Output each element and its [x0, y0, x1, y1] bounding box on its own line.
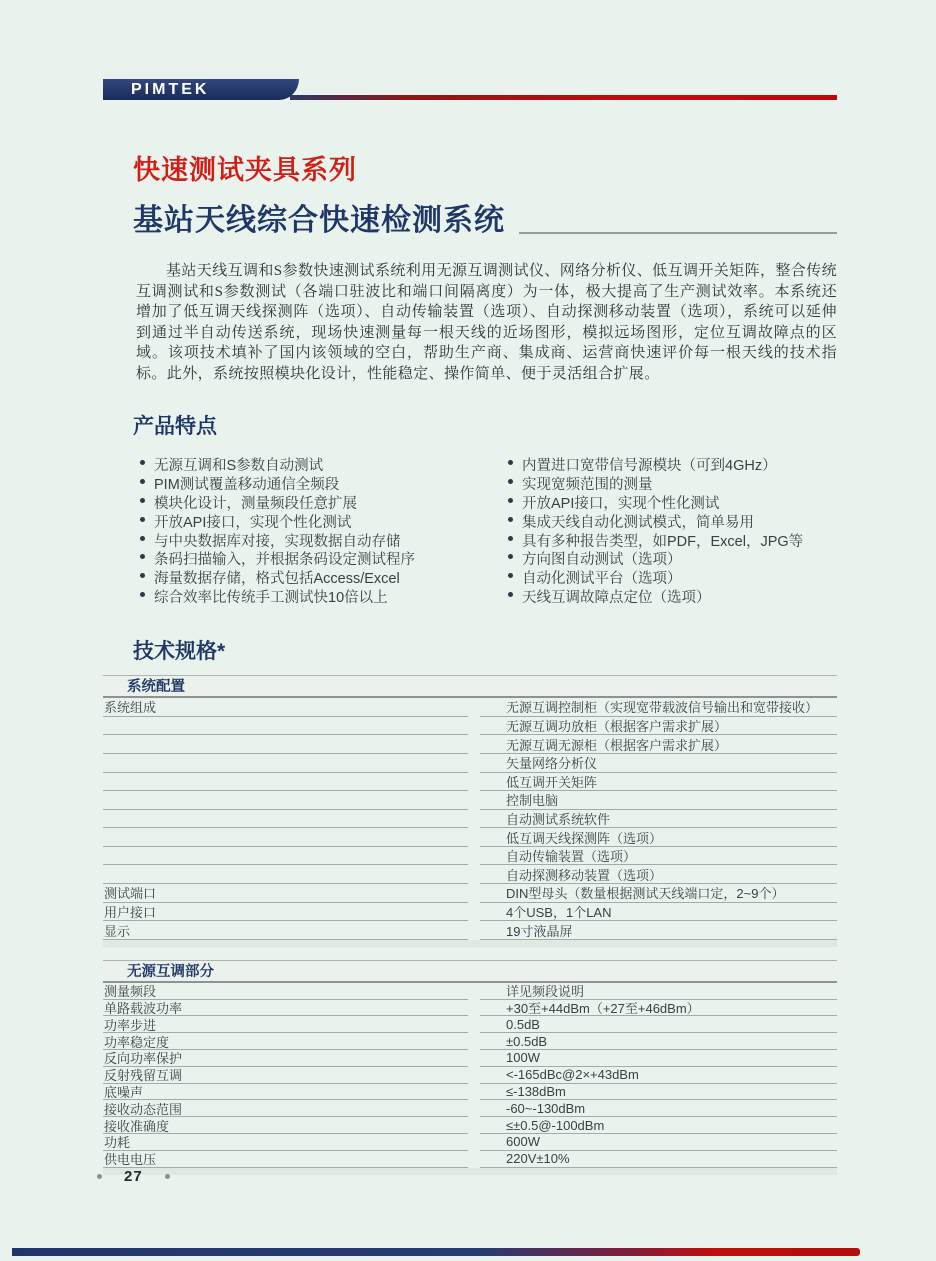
bullet-icon: [140, 460, 145, 465]
spec-label: 功耗: [103, 1134, 468, 1151]
spec-value: <-165dBc@2×+43dBm: [480, 1067, 837, 1084]
column-gap: [468, 1134, 480, 1151]
spec-label: 供电电压: [103, 1151, 468, 1168]
column-gap: [468, 717, 480, 736]
table-row: 低互调开关矩阵: [103, 773, 837, 792]
table-footer-strip: [103, 940, 837, 947]
spec-value: 低互调天线探测阵（选项）: [480, 828, 837, 847]
feature-text: 内置进口宽带信号源模块（可到4GHz）: [522, 454, 777, 475]
features-heading: 产品特点: [133, 410, 837, 440]
spec-value: 自动测试系统软件: [480, 810, 837, 829]
table-row: 无源互调无源柜（根据客户需求扩展）: [103, 735, 837, 754]
spec-value: 4个USB，1个LAN: [480, 903, 837, 922]
spec-label: [103, 735, 468, 754]
bullet-icon: [508, 592, 513, 597]
table-row: 功率稳定度±0.5dB: [103, 1033, 837, 1050]
spec-label: 反射残留互调: [103, 1067, 468, 1084]
column-gap: [468, 1067, 480, 1084]
bullet-icon: [140, 573, 145, 578]
table-row: 无源互调功放柜（根据客户需求扩展）: [103, 717, 837, 736]
spec-value: 0.5dB: [480, 1016, 837, 1033]
features-list-left: 无源互调和S参数自动测试PIM测试覆盖移动通信全频段模块化设计，测量频段任意扩展…: [140, 454, 508, 605]
bullet-icon: [140, 554, 145, 559]
spec-label: [103, 847, 468, 866]
spec-label: 接收准确度: [103, 1117, 468, 1134]
bullet-icon: [140, 517, 145, 522]
column-gap: [468, 1016, 480, 1033]
spec-value: 自动探测移动装置（选项）: [480, 865, 837, 884]
features-columns: 无源互调和S参数自动测试PIM测试覆盖移动通信全频段模块化设计，测量频段任意扩展…: [140, 454, 837, 605]
column-gap: [468, 1050, 480, 1067]
column-gap: [468, 1117, 480, 1134]
column-gap: [468, 735, 480, 754]
spec-section-band: 无源互调部分: [103, 960, 837, 983]
feature-item: 开放API接口，实现个性化测试: [508, 492, 837, 511]
spec-rows: 测量频段详见频段说明单路载波功率+30至+44dBm（+27至+46dBm）功率…: [103, 983, 837, 1168]
table-row: 显示19寸液晶屏: [103, 921, 837, 940]
datasheet-page: PIMTEK 快速测试夹具系列 基站天线综合快速检测系统 基站天线互调和S参数快…: [0, 0, 936, 1261]
feature-item: 与中央数据库对接，实现数据自动存储: [140, 530, 508, 549]
feature-text: 条码扫描输入，并根据条码设定测试程序: [154, 548, 415, 569]
column-gap: [468, 983, 480, 1000]
bullet-icon: [140, 479, 145, 484]
spec-value: ≤±0.5@-100dBm: [480, 1117, 837, 1134]
feature-text: 天线互调故障点定位（选项）: [522, 586, 711, 607]
feature-item: 具有多种报告类型，如PDF，Excel，JPG等: [508, 530, 837, 549]
column-gap: [468, 754, 480, 773]
spec-label: [103, 865, 468, 884]
title-underline: [519, 232, 837, 234]
page-number-dot-left: [97, 1174, 102, 1179]
column-gap: [468, 884, 480, 903]
table-row: 低互调天线探测阵（选项）: [103, 828, 837, 847]
feature-text: 开放API接口，实现个性化测试: [522, 492, 719, 513]
column-gap: [468, 865, 480, 884]
column-gap: [468, 1100, 480, 1117]
spec-value: +30至+44dBm（+27至+46dBm）: [480, 1000, 837, 1017]
page-content: 快速测试夹具系列 基站天线综合快速检测系统 基站天线互调和S参数快速测试系统利用…: [103, 0, 837, 1175]
bullet-icon: [140, 498, 145, 503]
table-row: 接收动态范围-60~-130dBm: [103, 1100, 837, 1117]
feature-item: 内置进口宽带信号源模块（可到4GHz）: [508, 454, 837, 473]
spec-value: ≤-138dBm: [480, 1084, 837, 1101]
feature-text: 无源互调和S参数自动测试: [154, 454, 323, 475]
spec-label: [103, 810, 468, 829]
spec-label: [103, 828, 468, 847]
spec-value: 100W: [480, 1050, 837, 1067]
column-gap: [468, 773, 480, 792]
feature-item: 自动化测试平台（选项）: [508, 567, 837, 586]
spec-value: 无源互调控制柜（实现宽带载波信号输出和宽带接收）: [480, 698, 837, 717]
spec-table-pim-section: 无源互调部分 测量频段详见频段说明单路载波功率+30至+44dBm（+27至+4…: [103, 960, 837, 1175]
feature-item: 开放API接口，实现个性化测试: [140, 511, 508, 530]
column-gap: [468, 1033, 480, 1050]
feature-text: 具有多种报告类型，如PDF，Excel，JPG等: [522, 530, 803, 551]
feature-text: 与中央数据库对接，实现数据自动存储: [154, 530, 401, 551]
table-row: 底噪声≤-138dBm: [103, 1084, 837, 1101]
table-row: 系统组成无源互调控制柜（实现宽带载波信号输出和宽带接收）: [103, 698, 837, 717]
column-gap: [468, 791, 480, 810]
bullet-icon: [140, 536, 145, 541]
intro-paragraph: 基站天线互调和S参数快速测试系统利用无源互调测试仪、网络分析仪、低互调开关矩阵，…: [136, 261, 837, 384]
column-gap: [468, 1151, 480, 1168]
spec-label: 显示: [103, 921, 468, 940]
feature-item: PIM测试覆盖移动通信全频段: [140, 473, 508, 492]
feature-item: 条码扫描输入，并根据条码设定测试程序: [140, 548, 508, 567]
column-gap: [468, 1000, 480, 1017]
column-gap: [468, 828, 480, 847]
spec-value: 19寸液晶屏: [480, 921, 837, 940]
column-gap: [468, 810, 480, 829]
feature-text: 模块化设计，测量频段任意扩展: [154, 492, 357, 513]
spec-label: [103, 717, 468, 736]
column-gap: [468, 903, 480, 922]
table-row: 接收准确度≤±0.5@-100dBm: [103, 1117, 837, 1134]
spec-value: 无源互调无源柜（根据客户需求扩展）: [480, 735, 837, 754]
feature-text: 实现宽频范围的测量: [522, 473, 653, 494]
bullet-icon: [508, 554, 513, 559]
spec-label: 用户接口: [103, 903, 468, 922]
spec-value: 自动传输装置（选项）: [480, 847, 837, 866]
spec-value: DIN型母头（数量根据测试天线端口定，2~9个）: [480, 884, 837, 903]
spec-label: [103, 754, 468, 773]
spec-value: 低互调开关矩阵: [480, 773, 837, 792]
table-row: 反向功率保护100W: [103, 1050, 837, 1067]
specs-heading: 技术规格*: [133, 635, 837, 665]
spec-label: 单路载波功率: [103, 1000, 468, 1017]
feature-item: 模块化设计，测量频段任意扩展: [140, 492, 508, 511]
spec-label: 系统组成: [103, 698, 468, 717]
page-number-dot-right: [165, 1174, 170, 1179]
column-gap: [468, 847, 480, 866]
product-title: 基站天线综合快速检测系统: [133, 195, 505, 239]
feature-text: 海量数据存储，格式包括Access/Excel: [154, 567, 400, 588]
spec-value: 无源互调功放柜（根据客户需求扩展）: [480, 717, 837, 736]
feature-item: 天线互调故障点定位（选项）: [508, 586, 837, 605]
footer-gradient-bar: [12, 1248, 860, 1256]
product-title-row: 基站天线综合快速检测系统: [133, 195, 837, 239]
table-row: 自动探测移动装置（选项）: [103, 865, 837, 884]
table-row: 供电电压220V±10%: [103, 1151, 837, 1168]
bullet-icon: [508, 479, 513, 484]
table-row: 自动测试系统软件: [103, 810, 837, 829]
table-row: 控制电脑: [103, 791, 837, 810]
column-gap: [468, 698, 480, 717]
series-title: 快速测试夹具系列: [133, 148, 837, 187]
spec-table-system-config: 系统配置 系统组成无源互调控制柜（实现宽带载波信号输出和宽带接收）无源互调功放柜…: [103, 675, 837, 947]
table-row: 功耗600W: [103, 1134, 837, 1151]
feature-item: 方向图自动测试（选项）: [508, 548, 837, 567]
table-footer-strip: [103, 1168, 837, 1175]
feature-item: 集成天线自动化测试模式，简单易用: [508, 511, 837, 530]
table-row: 功率步进0.5dB: [103, 1016, 837, 1033]
bullet-icon: [508, 498, 513, 503]
feature-text: 开放API接口，实现个性化测试: [154, 511, 351, 532]
feature-item: 海量数据存储，格式包括Access/Excel: [140, 567, 508, 586]
spec-value: 矢量网络分析仪: [480, 754, 837, 773]
page-number: 27: [124, 1168, 143, 1185]
features-list-right: 内置进口宽带信号源模块（可到4GHz）实现宽频范围的测量开放API接口，实现个性…: [508, 454, 837, 605]
table-row: 单路载波功率+30至+44dBm（+27至+46dBm）: [103, 1000, 837, 1017]
table-row: 测量频段详见频段说明: [103, 983, 837, 1000]
column-gap: [468, 1084, 480, 1101]
spec-section-band: 系统配置: [103, 675, 837, 698]
bullet-icon: [508, 573, 513, 578]
spec-value: 600W: [480, 1134, 837, 1151]
spec-value: -60~-130dBm: [480, 1100, 837, 1117]
spec-value: 220V±10%: [480, 1151, 837, 1168]
bullet-icon: [508, 536, 513, 541]
bullet-icon: [140, 592, 145, 597]
feature-text: 方向图自动测试（选项）: [522, 548, 682, 569]
spec-label: 测试端口: [103, 884, 468, 903]
table-row: 用户接口4个USB，1个LAN: [103, 903, 837, 922]
page-number-block: 27: [97, 1168, 170, 1185]
spec-label: [103, 791, 468, 810]
feature-text: PIM测试覆盖移动通信全频段: [154, 473, 339, 494]
feature-item: 实现宽频范围的测量: [508, 473, 837, 492]
bullet-icon: [508, 517, 513, 522]
column-gap: [468, 921, 480, 940]
table-row: 测试端口DIN型母头（数量根据测试天线端口定，2~9个）: [103, 884, 837, 903]
feature-text: 集成天线自动化测试模式，简单易用: [522, 511, 754, 532]
table-row: 自动传输装置（选项）: [103, 847, 837, 866]
feature-item: 综合效率比传统手工测试快10倍以上: [140, 586, 508, 605]
feature-item: 无源互调和S参数自动测试: [140, 454, 508, 473]
feature-text: 自动化测试平台（选项）: [522, 567, 682, 588]
spec-value: 控制电脑: [480, 791, 837, 810]
spec-rows: 系统组成无源互调控制柜（实现宽带载波信号输出和宽带接收）无源互调功放柜（根据客户…: [103, 698, 837, 940]
table-row: 矢量网络分析仪: [103, 754, 837, 773]
spec-value: ±0.5dB: [480, 1033, 837, 1050]
table-row: 反射残留互调<-165dBc@2×+43dBm: [103, 1067, 837, 1084]
bullet-icon: [508, 460, 513, 465]
spec-label: [103, 773, 468, 792]
feature-text: 综合效率比传统手工测试快10倍以上: [154, 586, 388, 607]
